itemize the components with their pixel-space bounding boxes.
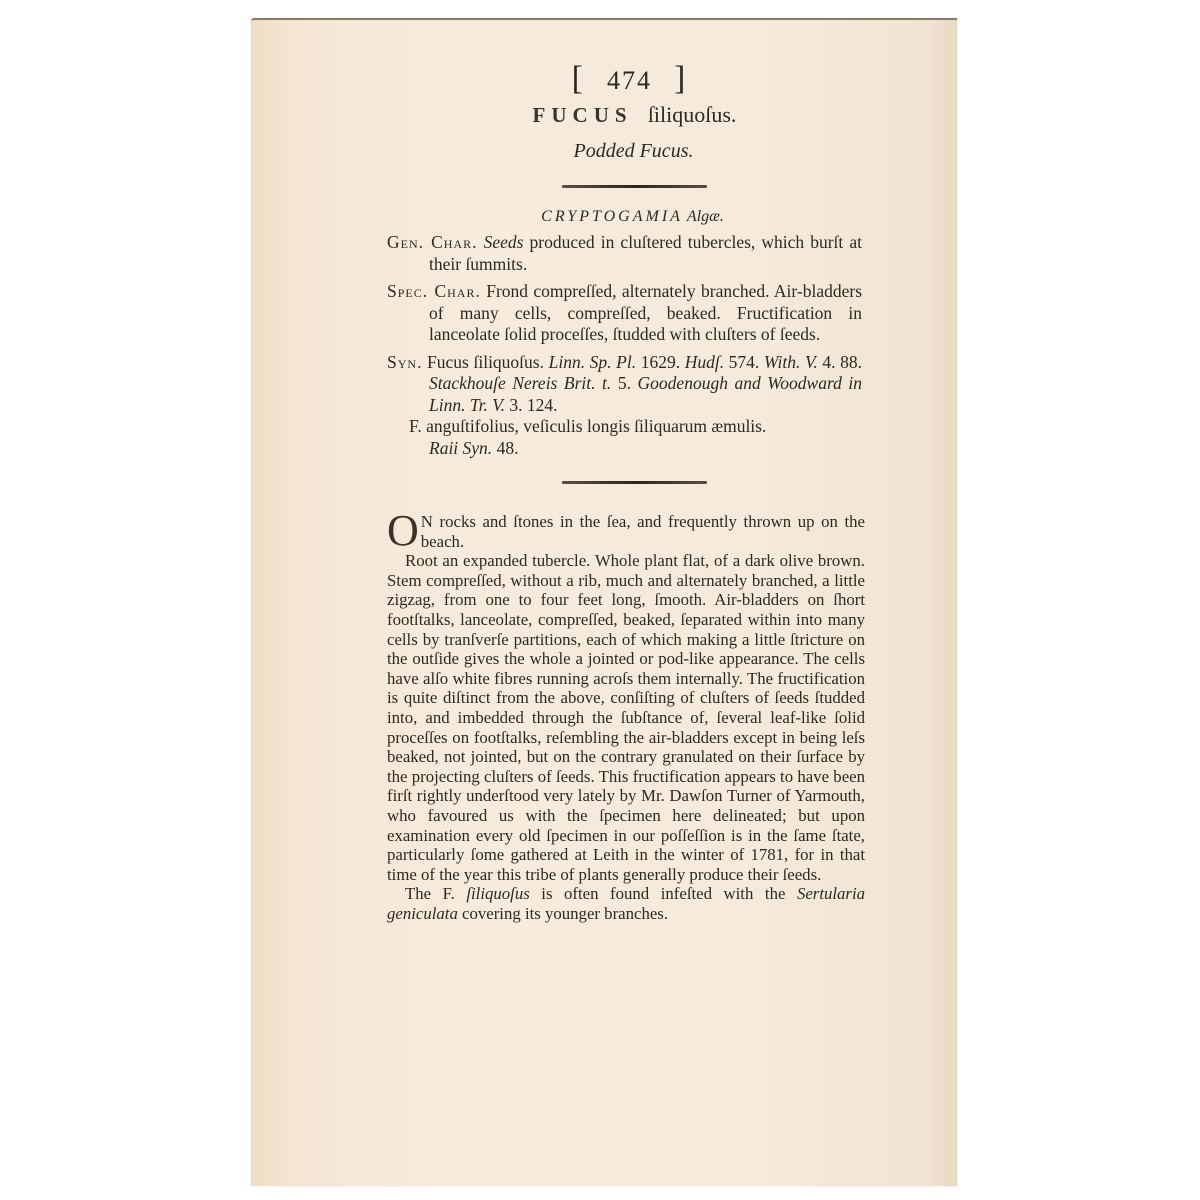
divider-rule-2 [562,481,707,484]
gen-char-italic: Seeds [484,232,524,252]
genus-name: FUCUS [533,103,633,127]
bracket-open: [ [572,60,585,97]
paragraph-note: The F. ſiliquoſus is often found infeſte… [387,884,865,923]
note-post: covering its younger branches. [458,904,668,923]
class-name: CRYPTOGAMIA [541,208,683,225]
spec-char-label: Spec. Char. [387,281,481,301]
syn-ref-huds-num: 574. [724,352,764,372]
syn-ref-linn: Linn. Sp. Pl. [549,352,637,372]
page-number-value: 474 [607,66,652,95]
species-title: FUCUS ſiliquoſus. [407,102,862,128]
generic-character: Gen. Char. Seeds produced in cluſtered t… [387,232,862,275]
syn-label: Syn. [387,352,422,372]
common-name: Podded Fucus. [405,140,862,163]
page-number: [474] [397,60,862,98]
syn-alt-name: F. anguſtifolius, veſiculis longis ſiliq… [409,416,766,436]
note-mid: is often found infeſted with the [530,884,797,903]
drop-cap: O [387,514,419,548]
syn-ref-with-num: 4. 88. [818,352,862,372]
specific-character: Spec. Char. Frond compreſſed, alternatel… [387,281,862,346]
synonyms: Syn. Fucus ſiliquoſus. Linn. Sp. Pl. 162… [387,352,862,460]
paragraph-description: Root an expanded tubercle. Whole plant f… [387,551,865,884]
bracket-close: ] [674,60,687,97]
syn-name: Fucus ſiliquoſus. [422,352,548,372]
divider-rule [562,185,707,188]
species-name: ſiliquoſus. [648,102,737,127]
syn-ref-linn-num: 1629. [636,352,685,372]
syn-ref-with: With. V. [764,352,818,372]
habitat-text: rocks and ſtones in the ſea, and frequen… [421,512,865,551]
syn-alt-ref: Raii Syn. [429,438,492,458]
book-page: [474] FUCUS ſiliquoſus. Podded Fucus. CR… [251,18,957,1186]
page-content: [474] FUCUS ſiliquoſus. Podded Fucus. CR… [387,60,862,923]
paragraph-habitat: ON rocks and ſtones in the ſea, and freq… [387,512,865,551]
syn-ref-stackhouse-num: 5. [611,373,637,393]
description-body: ON rocks and ſtones in the ſea, and freq… [387,512,865,923]
syn-ref-huds: Hudſ. [685,352,724,372]
syn-alternate: F. anguſtifolius, veſiculis longis ſiliq… [387,416,862,459]
syn-alt-ref-num: 48. [492,438,518,458]
note-species: ſiliquoſus [466,884,529,903]
classification: CRYPTOGAMIAAlgæ. [403,208,862,226]
gen-char-label: Gen. Char. [387,232,477,252]
spec-char-text: Frond compreſſed, alternately branched. … [429,281,862,344]
note-pre: The F. [405,884,466,903]
opening-cap: N [421,512,433,531]
syn-ref-stackhouse: Stackhouſe Nereis Brit. t. [429,373,611,393]
order-name: Algæ. [687,208,724,225]
syn-ref-goodenough-num: 3. 124. [505,395,558,415]
